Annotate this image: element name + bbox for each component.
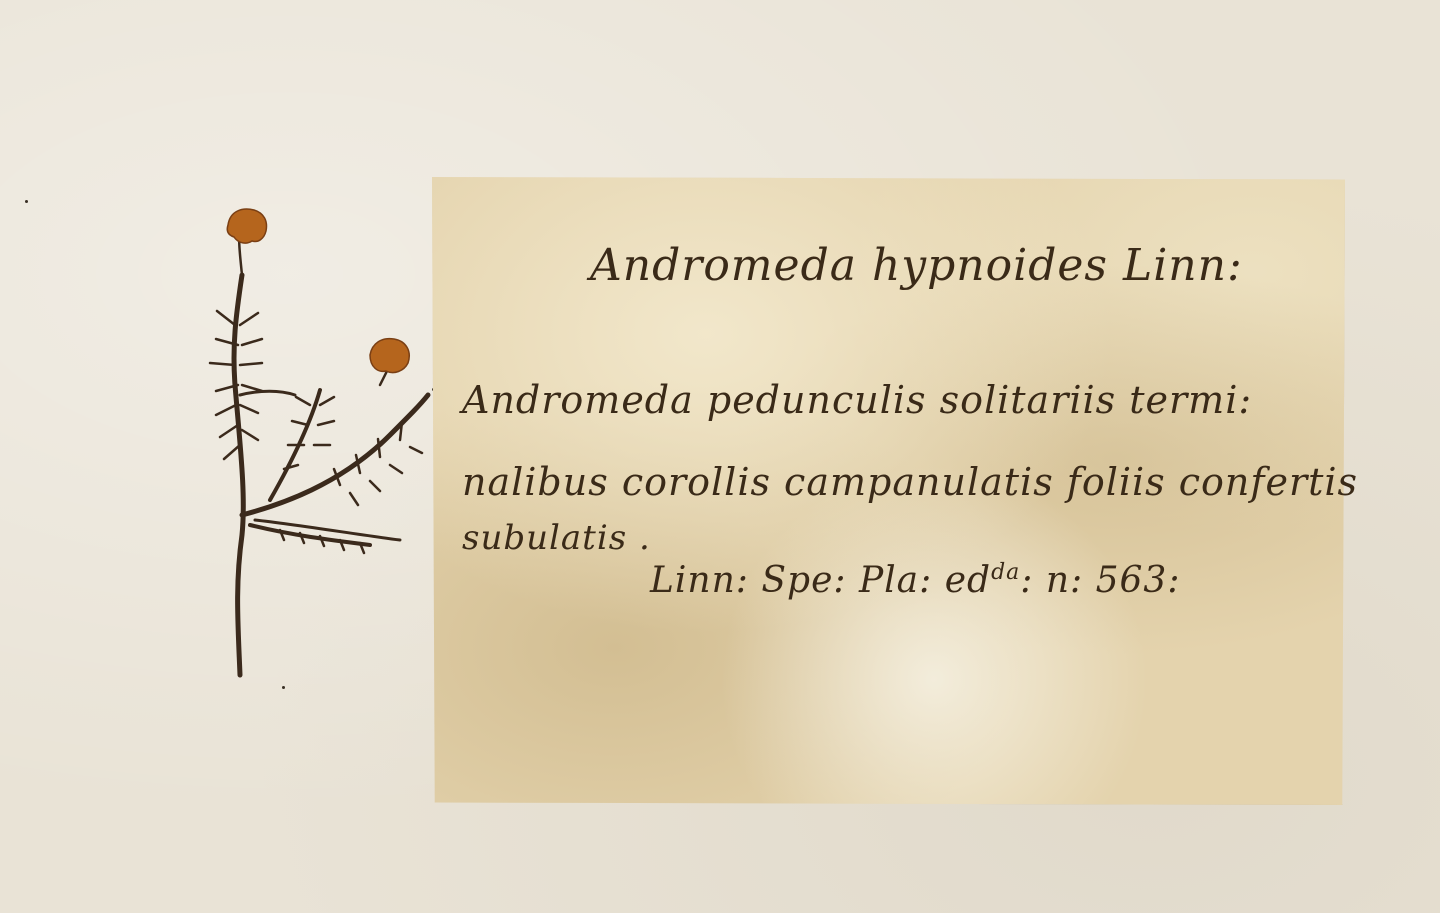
pressed-plant-specimen bbox=[180, 205, 440, 685]
herbarium-sheet: Andromeda hypnoides Linn: Andromeda pedu… bbox=[0, 0, 1440, 913]
label-title: Andromeda hypnoides Linn: bbox=[590, 240, 1243, 291]
reference-suffix: : n: 563: bbox=[1020, 560, 1180, 601]
label-description-line-3: subulatis . bbox=[462, 518, 651, 558]
label-reference: Linn: Spe: Pla: edda: n: 563: bbox=[650, 560, 1180, 601]
flower-bud bbox=[370, 339, 409, 373]
flower-bud bbox=[227, 209, 266, 243]
paper-speck bbox=[282, 686, 285, 689]
reference-superscript: da bbox=[991, 560, 1020, 585]
paper-speck bbox=[25, 200, 28, 203]
label-description-line-2: nalibus corollis campanulatis foliis con… bbox=[462, 460, 1358, 504]
reference-prefix: Linn: Spe: Pla: ed bbox=[650, 560, 991, 601]
label-description-line-1: Andromeda pedunculis solitariis termi: bbox=[462, 378, 1252, 422]
